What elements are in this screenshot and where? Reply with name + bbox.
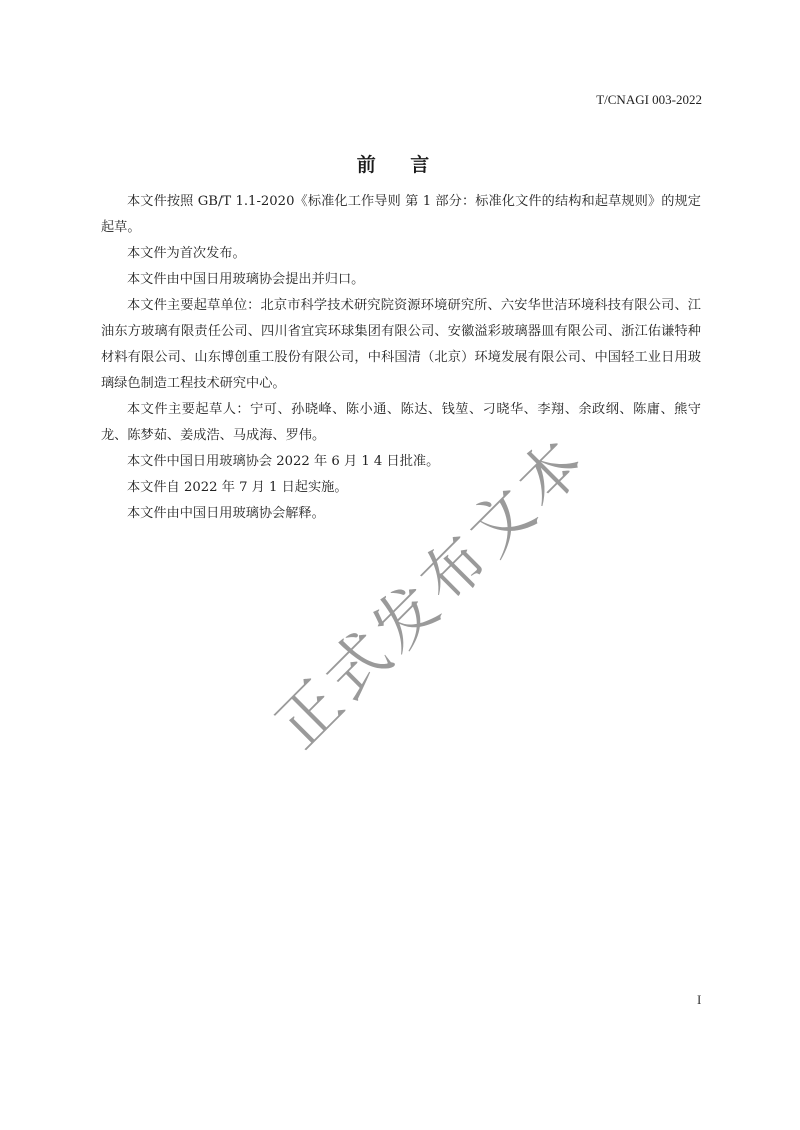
standard-code: T/CNAGI 003-2022 (596, 92, 702, 108)
document-page: T/CNAGI 003-2022 前 言 本文件按照 GB/T 1.1-2020… (0, 0, 800, 1130)
paragraph-first-release: 本文件为首次发布。 (101, 241, 701, 267)
paragraph-effective-date: 本文件自 2022 年 7 月 1 日起实施。 (101, 475, 701, 501)
paragraph-drafting-basis: 本文件按照 GB/T 1.1-2020《标准化工作导则 第 1 部分：标准化文件… (101, 189, 701, 241)
paragraph-proposed-by: 本文件由中国日用玻璃协会提出并归口。 (101, 267, 701, 293)
paragraph-drafting-units: 本文件主要起草单位：北京市科学技术研究院资源环境研究所、六安华世洁环境科技有限公… (101, 293, 701, 397)
foreword-body: 本文件按照 GB/T 1.1-2020《标准化工作导则 第 1 部分：标准化文件… (101, 189, 701, 527)
paragraph-drafters: 本文件主要起草人：宁可、孙晓峰、陈小通、陈达、钱堃、刁晓华、李翔、余政纲、陈庸、… (101, 397, 701, 449)
page-number: I (697, 992, 701, 1008)
paragraph-interpretation: 本文件由中国日用玻璃协会解释。 (101, 501, 701, 527)
paragraph-approval-date: 本文件中国日用玻璃协会 2022 年 6 月 1 4 日批准。 (101, 449, 701, 475)
page-title: 前 言 (0, 150, 800, 177)
